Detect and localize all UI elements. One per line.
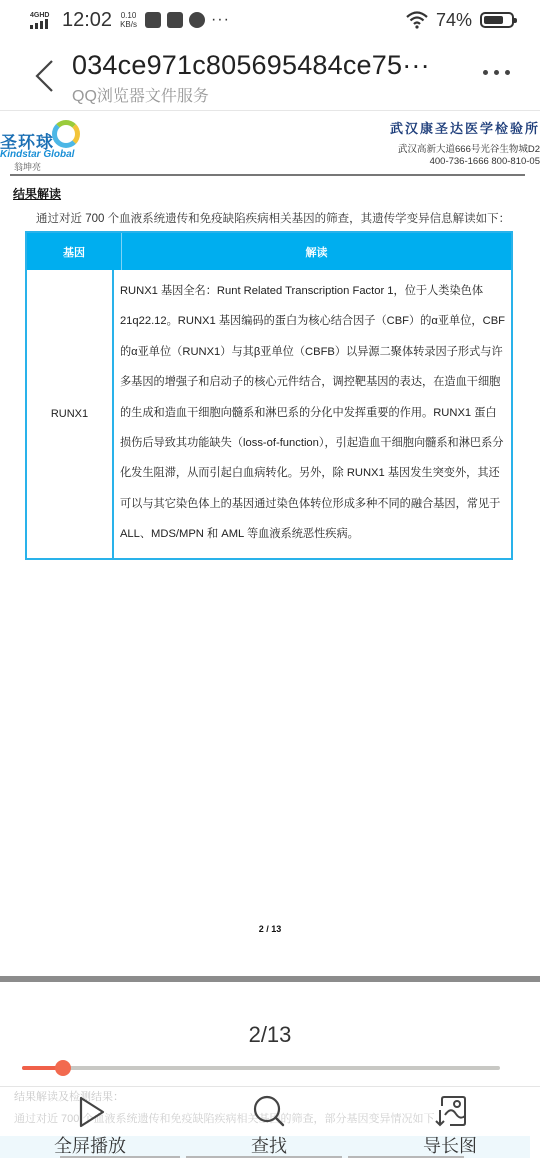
alipay-icon [145, 12, 161, 28]
section-title: 结果解读 [13, 185, 61, 202]
document-page[interactable]: 圣环球 Kindstar Global 翁坤亮 武汉康圣达医学检验所 武汉高新大… [0, 112, 540, 978]
chevron-left-icon[interactable] [30, 58, 60, 94]
storage-warning-icon [167, 12, 183, 28]
bottom-toolbar: 全屏播放 查找 导长图 [0, 1094, 540, 1158]
wifi-icon [406, 11, 428, 29]
logo-ring-icon [52, 120, 80, 148]
network-speed: 0.10 KB/s [120, 11, 137, 29]
clock: 12:02 [62, 9, 112, 32]
wechat-icon [189, 12, 205, 28]
header-divider [10, 174, 525, 176]
search-icon [251, 1094, 287, 1130]
file-source: QQ浏览器文件服务 [72, 83, 430, 106]
more-notifications-icon: ··· [211, 11, 230, 29]
results-table: 基因 解读 RUNX1 RUNX1 基因全名：Runt Related Tran… [25, 231, 513, 560]
file-title: 034ce971c805695484ce75··· [72, 50, 430, 81]
viewer-panel: 2/13 结果解读及检测结果： 通过对近 700 个血液系统遗传和免疫缺陷疾病相… [0, 982, 540, 1158]
column-header-interpretation: 解读 [122, 233, 511, 270]
battery-percent: 74% [436, 10, 472, 31]
page-indicator: 2/13 [0, 1022, 540, 1048]
table-row: RUNX1 RUNX1 基因全名：Runt Related Transcript… [27, 270, 511, 558]
column-header-gene: 基因 [27, 233, 122, 270]
network-type: 4GHD [30, 12, 49, 19]
page-footer-number: 2 / 13 [0, 924, 540, 934]
more-dots-icon[interactable] [479, 66, 514, 79]
cellular-signal-icon: 4GHD [30, 12, 54, 29]
export-long-image-icon [432, 1094, 468, 1130]
find-button[interactable]: 查找 [209, 1094, 329, 1158]
table-header: 基因 解读 [27, 233, 511, 270]
fullscreen-play-button[interactable]: 全屏播放 [30, 1094, 150, 1158]
slider-thumb[interactable] [55, 1060, 71, 1076]
status-bar: 4GHD 12:02 0.10 KB/s ··· 74% [0, 0, 540, 40]
page-slider[interactable] [22, 1065, 500, 1071]
play-icon [72, 1094, 108, 1130]
export-long-image-button[interactable]: 导长图 [390, 1094, 510, 1158]
intro-text: 通过对近 700 个血液系统遗传和免疫缺陷疾病相关基因的筛查，其遗传学变异信息解… [36, 210, 510, 226]
app-header: 034ce971c805695484ce75··· QQ浏览器文件服务 [0, 40, 540, 111]
hospital-info: 武汉康圣达医学检验所 武汉高新大道666号光谷生物城D2 400-736-166… [340, 118, 540, 167]
interpretation-cell: RUNX1 基因全名：Runt Related Transcription Fa… [114, 270, 511, 558]
gene-cell: RUNX1 [27, 270, 114, 558]
battery-icon [480, 12, 514, 28]
patient-name: 翁坤亮 [14, 160, 41, 173]
